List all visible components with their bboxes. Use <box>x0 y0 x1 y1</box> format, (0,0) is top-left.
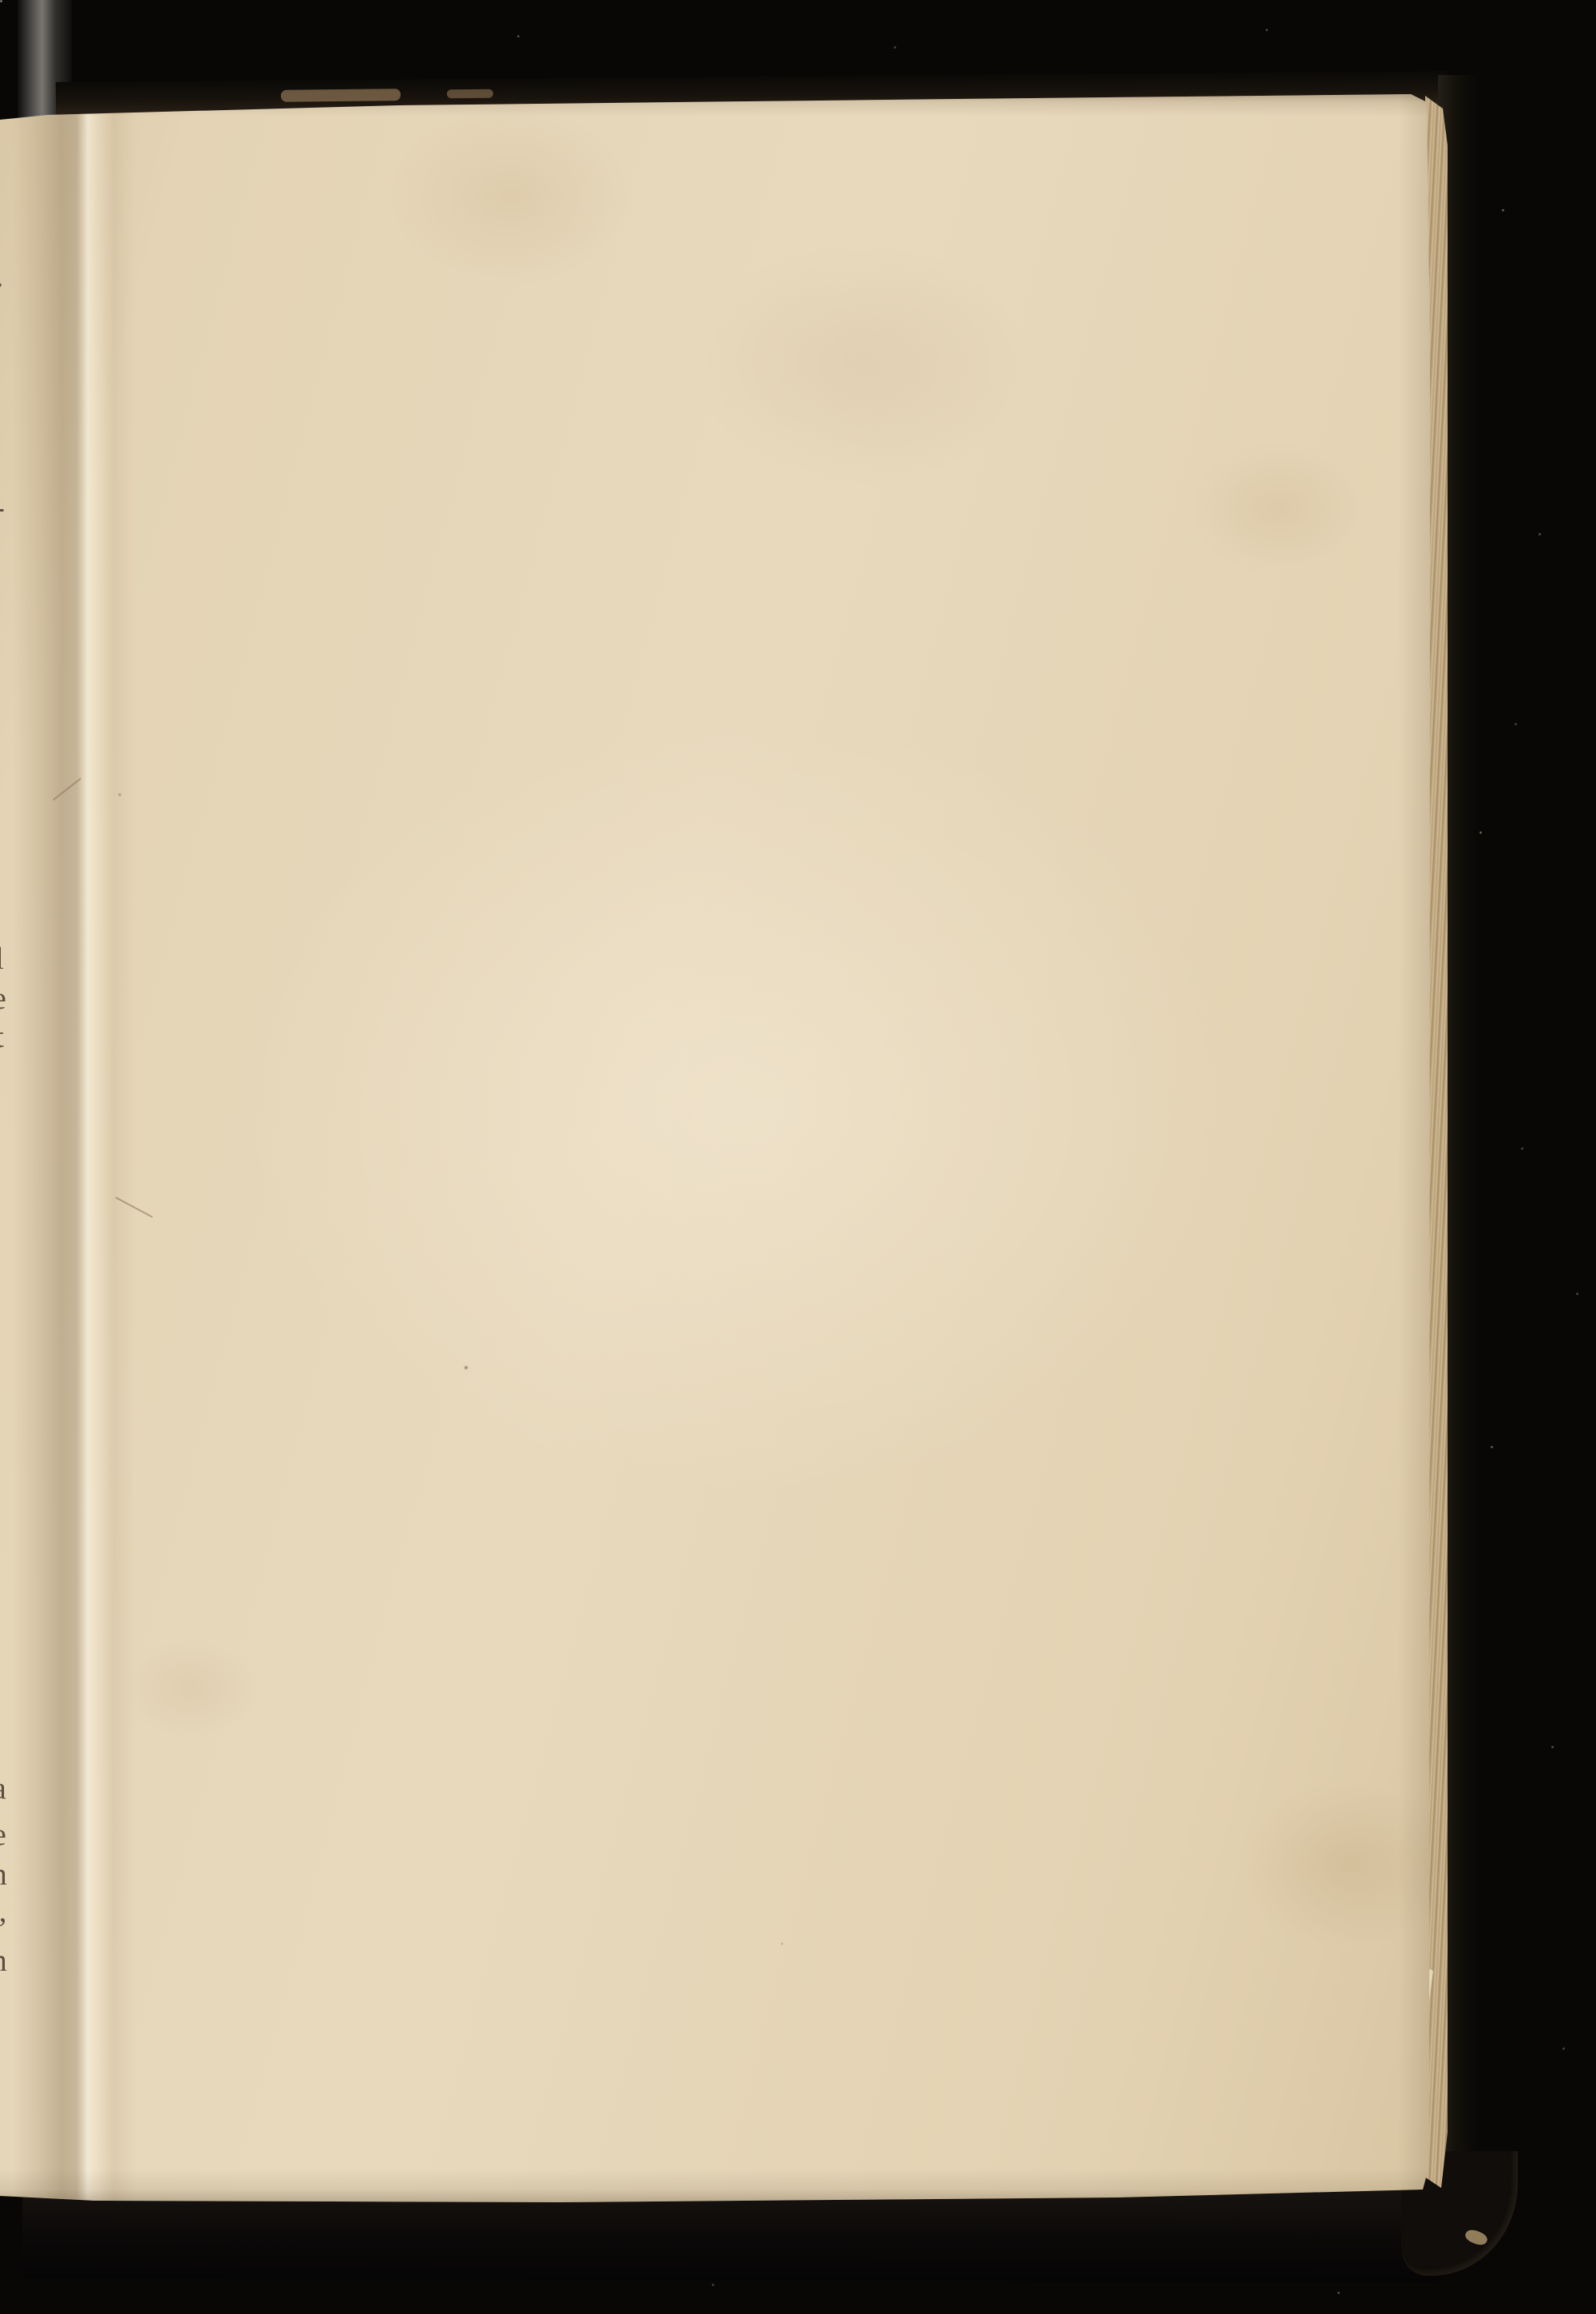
facing-page-text-fragments: ·-letaen„n <box>0 0 1596 2314</box>
edge-glyph-fragment: „ <box>0 1896 6 1927</box>
book-scan: die eine mehr als Verwaltungsbaracke und… <box>0 0 1596 2314</box>
edge-glyph-fragment: · <box>0 270 5 301</box>
edge-glyph-fragment: t <box>0 1021 4 1052</box>
edge-glyph-fragment: - <box>0 492 5 523</box>
edge-glyph-fragment: a <box>0 1773 6 1804</box>
edge-glyph-fragment: n <box>0 1859 7 1890</box>
edge-glyph-fragment: l <box>0 943 4 974</box>
edge-glyph-fragment: n <box>0 1945 7 1976</box>
edge-glyph-fragment: e <box>0 983 6 1014</box>
edge-glyph-fragment: e <box>0 1819 6 1850</box>
